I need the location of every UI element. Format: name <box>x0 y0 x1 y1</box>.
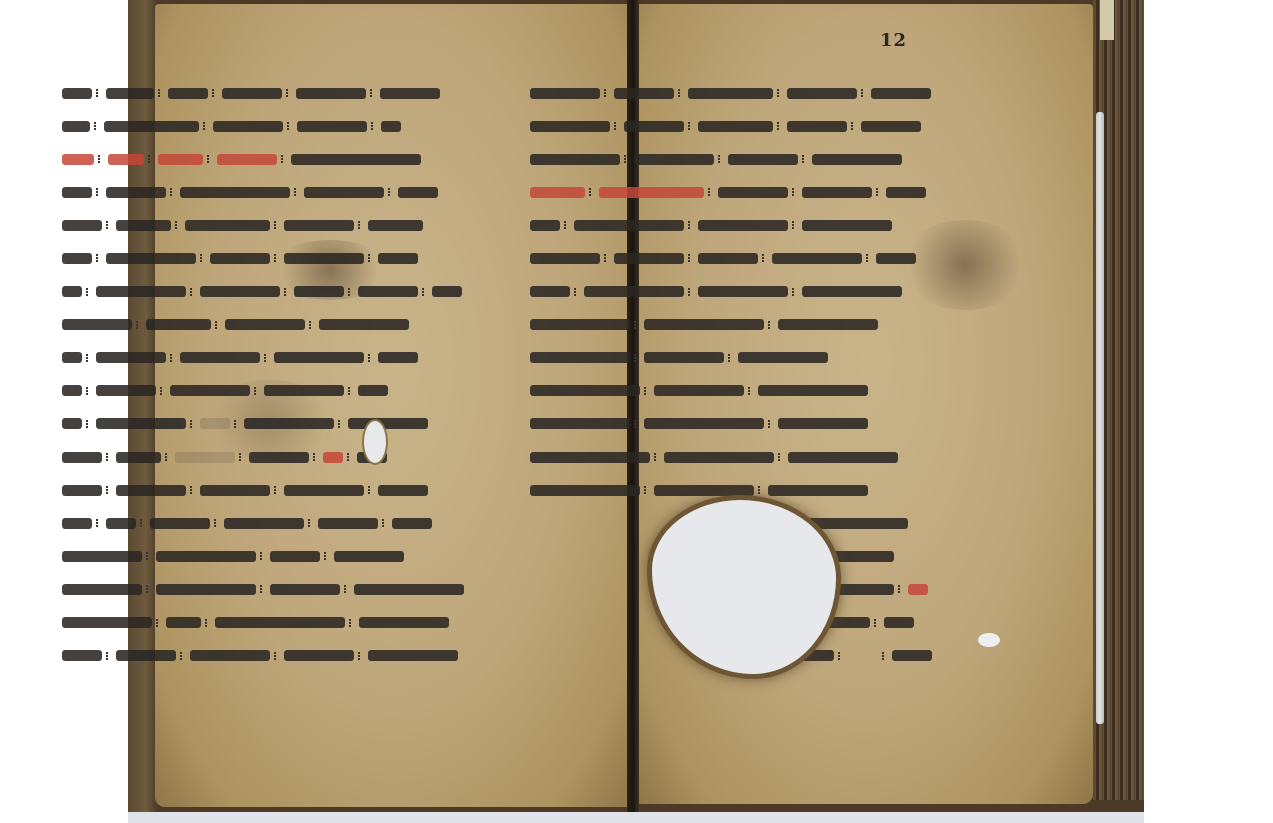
ink-word <box>358 286 418 297</box>
ink-word <box>788 452 898 463</box>
text-line <box>62 417 482 431</box>
ink-word <box>270 551 320 562</box>
text-line <box>62 582 482 596</box>
ink-word <box>530 220 560 231</box>
ink-word <box>802 220 892 231</box>
parchment-hole-small <box>364 421 386 463</box>
ink-word <box>62 650 102 661</box>
ink-word <box>62 319 132 330</box>
ink-word <box>688 88 773 99</box>
ink-word <box>348 418 428 429</box>
ink-word <box>200 286 280 297</box>
ink-word <box>284 485 364 496</box>
text-line <box>530 251 945 265</box>
ink-word <box>778 319 878 330</box>
ink-word <box>291 154 421 165</box>
ink-word <box>297 121 367 132</box>
rubricated-word <box>108 154 144 165</box>
ink-word <box>296 88 366 99</box>
ink-word <box>106 88 154 99</box>
ink-word <box>381 121 401 132</box>
ink-word <box>368 650 458 661</box>
ink-word <box>530 319 630 330</box>
text-line <box>62 86 482 100</box>
ink-word <box>614 253 684 264</box>
ink-word <box>378 485 428 496</box>
text-line <box>530 384 945 398</box>
ink-word <box>808 518 908 529</box>
ink-word <box>318 518 378 529</box>
ink-word <box>106 518 136 529</box>
ink-word <box>319 319 409 330</box>
ink-word <box>225 319 305 330</box>
text-line <box>62 616 482 630</box>
ink-word <box>106 187 166 198</box>
ink-word <box>358 385 388 396</box>
ink-word <box>264 385 344 396</box>
text-line <box>62 318 482 332</box>
ink-word <box>156 584 256 595</box>
ink-word <box>530 485 640 496</box>
ink-word <box>222 88 282 99</box>
text-line <box>62 185 482 199</box>
ink-word <box>334 551 404 562</box>
rubricated-word <box>599 187 704 198</box>
ink-word <box>530 253 600 264</box>
ink-word <box>378 352 418 363</box>
ink-word <box>96 418 186 429</box>
ink-word <box>871 88 931 99</box>
ink-word <box>200 485 270 496</box>
ink-word <box>530 154 620 165</box>
ink-word <box>698 220 788 231</box>
ink-word <box>284 220 354 231</box>
ink-word <box>116 220 171 231</box>
ink-word <box>698 121 773 132</box>
text-line <box>62 649 482 663</box>
text-line <box>62 384 482 398</box>
ink-word <box>150 518 210 529</box>
text-line <box>530 119 945 133</box>
ink-word <box>116 485 186 496</box>
ink-word <box>530 352 630 363</box>
ink-word <box>634 154 714 165</box>
ink-word <box>392 518 432 529</box>
ink-word <box>62 253 92 264</box>
ink-word <box>884 617 914 628</box>
text-line <box>62 516 482 530</box>
ink-word <box>180 352 260 363</box>
ink-word <box>738 352 828 363</box>
ink-word <box>106 253 196 264</box>
text-line <box>62 450 482 464</box>
text-line <box>530 318 945 332</box>
ink-word <box>215 617 345 628</box>
ink-word <box>185 220 270 231</box>
text-line <box>62 483 482 497</box>
text-line <box>62 218 482 232</box>
page-edge-top <box>1100 0 1114 40</box>
ink-word <box>274 352 364 363</box>
text-line <box>530 483 945 497</box>
background-surface <box>128 812 1144 823</box>
ink-word <box>861 121 921 132</box>
ink-word <box>574 220 684 231</box>
ink-word <box>62 551 142 562</box>
ink-word <box>284 650 354 661</box>
ink-word <box>886 187 926 198</box>
ink-word <box>104 121 199 132</box>
ink-word <box>146 319 211 330</box>
ink-word <box>812 154 902 165</box>
ink-word <box>62 418 82 429</box>
text-line <box>530 417 945 431</box>
ink-word <box>654 385 744 396</box>
ink-word <box>294 286 344 297</box>
ink-word <box>62 617 152 628</box>
rubricated-word <box>217 154 277 165</box>
ink-word <box>180 187 290 198</box>
ink-word <box>304 187 384 198</box>
ink-word <box>62 518 92 529</box>
ink-word <box>772 253 862 264</box>
ink-word <box>787 88 857 99</box>
page-number: 12 <box>880 30 907 51</box>
text-line <box>62 285 482 299</box>
ink-word <box>96 286 186 297</box>
ink-word <box>270 584 340 595</box>
rubricated-word <box>62 154 94 165</box>
text-line <box>62 351 482 365</box>
ink-word <box>213 121 283 132</box>
ink-word <box>200 418 230 429</box>
ink-word <box>249 452 309 463</box>
ink-word <box>584 286 684 297</box>
ink-word <box>432 286 462 297</box>
rubricated-word <box>530 187 585 198</box>
ink-word <box>210 253 270 264</box>
ink-word <box>96 352 166 363</box>
text-line <box>530 185 945 199</box>
ink-word <box>116 650 176 661</box>
ink-word <box>654 485 754 496</box>
ink-word <box>398 187 438 198</box>
ink-word <box>698 253 758 264</box>
rubricated-word <box>323 452 343 463</box>
ink-word <box>530 286 570 297</box>
ink-word <box>530 88 600 99</box>
ink-word <box>62 187 92 198</box>
ink-word <box>644 319 764 330</box>
text-line <box>530 285 945 299</box>
text-line <box>530 450 945 464</box>
ink-word <box>156 551 256 562</box>
ink-word <box>758 385 868 396</box>
ink-word <box>644 418 764 429</box>
ink-word <box>768 485 868 496</box>
ink-word <box>876 253 916 264</box>
text-line <box>530 152 945 166</box>
ink-word <box>175 452 235 463</box>
ink-word <box>166 617 201 628</box>
text-line <box>62 251 482 265</box>
ink-word <box>170 385 250 396</box>
ink-word <box>62 584 142 595</box>
ink-word <box>802 187 872 198</box>
ink-word <box>224 518 304 529</box>
ink-word <box>368 220 423 231</box>
rubricated-word <box>158 154 203 165</box>
ink-word <box>728 154 798 165</box>
ink-word <box>62 485 102 496</box>
ink-word <box>62 452 102 463</box>
ink-word <box>354 584 464 595</box>
ink-word <box>62 121 90 132</box>
ink-word <box>530 418 630 429</box>
ink-word <box>96 385 156 396</box>
paper-leaf-insert <box>1096 112 1104 724</box>
ink-word <box>787 121 847 132</box>
ink-word <box>380 88 440 99</box>
left-page-text <box>62 86 482 682</box>
text-line <box>62 119 482 133</box>
ink-word <box>378 253 418 264</box>
text-line <box>530 86 945 100</box>
ink-word <box>614 88 674 99</box>
text-line <box>530 351 945 365</box>
ink-word <box>190 650 270 661</box>
ink-word <box>624 121 684 132</box>
ink-word <box>802 286 902 297</box>
ink-word <box>644 352 724 363</box>
text-line <box>62 152 482 166</box>
ink-word <box>62 385 82 396</box>
ink-word <box>664 452 774 463</box>
ink-word <box>778 418 868 429</box>
ink-word <box>530 385 640 396</box>
text-line <box>62 549 482 563</box>
ink-word <box>62 286 82 297</box>
text-line <box>530 218 945 232</box>
ink-word <box>530 452 650 463</box>
ink-word <box>116 452 161 463</box>
rubricated-word <box>908 584 928 595</box>
ink-word <box>698 286 788 297</box>
ink-word <box>284 253 364 264</box>
ink-word <box>359 617 449 628</box>
ink-word <box>62 352 82 363</box>
ink-word <box>62 220 102 231</box>
ink-word <box>168 88 208 99</box>
parchment-hole-tiny <box>978 633 1000 647</box>
ink-word <box>62 88 92 99</box>
ink-word <box>892 650 932 661</box>
ink-word <box>718 187 788 198</box>
ink-word <box>530 121 610 132</box>
ink-word <box>244 418 334 429</box>
